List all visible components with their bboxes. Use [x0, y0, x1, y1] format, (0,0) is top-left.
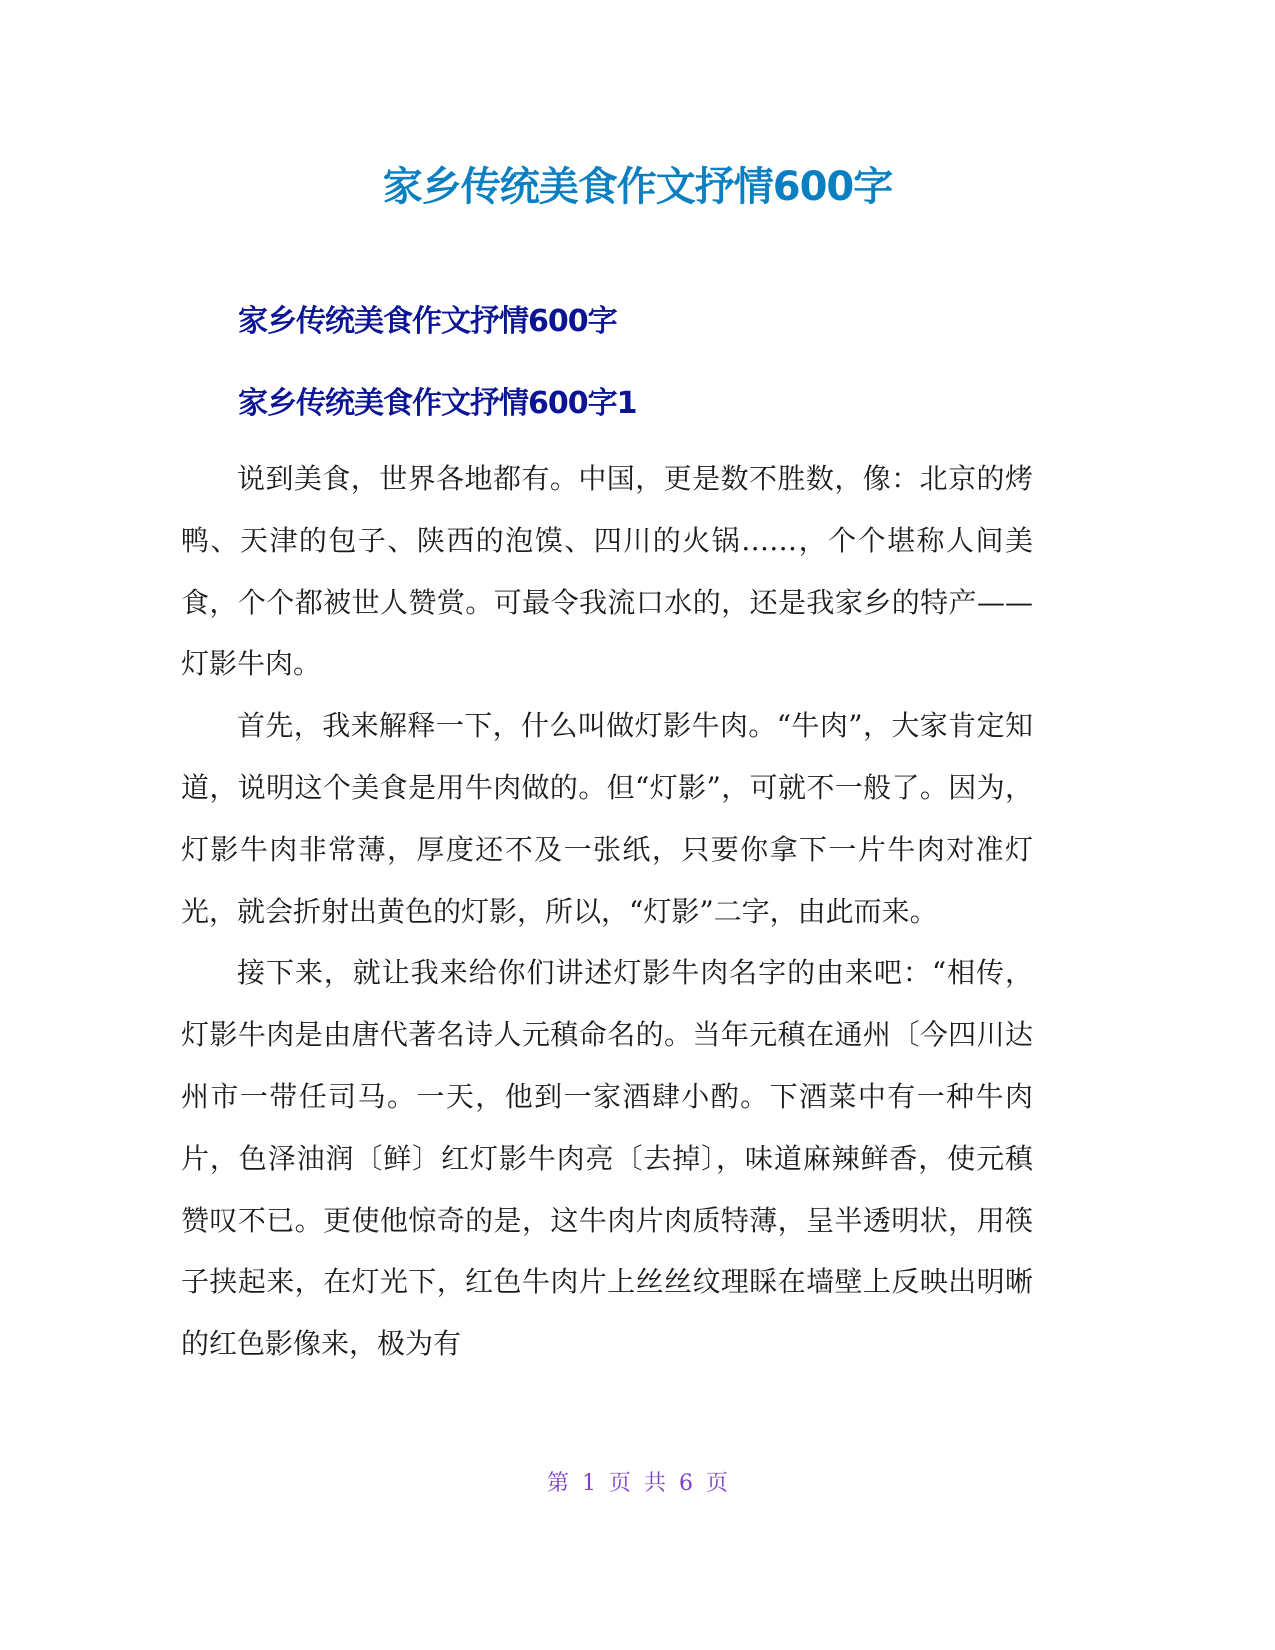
body-text: 说到美食，世界各地都有。中国，更是数不胜数，像：北京的烤鸭、天津的包子、陕西的泡…	[181, 448, 1033, 1375]
section-heading: 家乡传统美食作文抒情600字	[238, 296, 617, 340]
paragraph: 首先，我来解释一下，什么叫做灯影牛肉。“牛肉”，大家肯定知道，说明这个美食是用牛…	[181, 695, 1033, 942]
paragraph: 接下来，就让我来给你们讲述灯影牛肉名字的由来吧：“相传，灯影牛肉是由唐代著名诗人…	[181, 942, 1033, 1375]
document-page: 家乡传统美食作文抒情600字 家乡传统美食作文抒情600字 家乡传统美食作文抒情…	[0, 0, 1275, 1650]
subsection-heading: 家乡传统美食作文抒情600字1	[238, 378, 637, 422]
document-title: 家乡传统美食作文抒情600字	[0, 155, 1275, 212]
paragraph: 说到美食，世界各地都有。中国，更是数不胜数，像：北京的烤鸭、天津的包子、陕西的泡…	[181, 448, 1033, 695]
page-footer: 第 1 页 共 6 页	[0, 1466, 1275, 1497]
